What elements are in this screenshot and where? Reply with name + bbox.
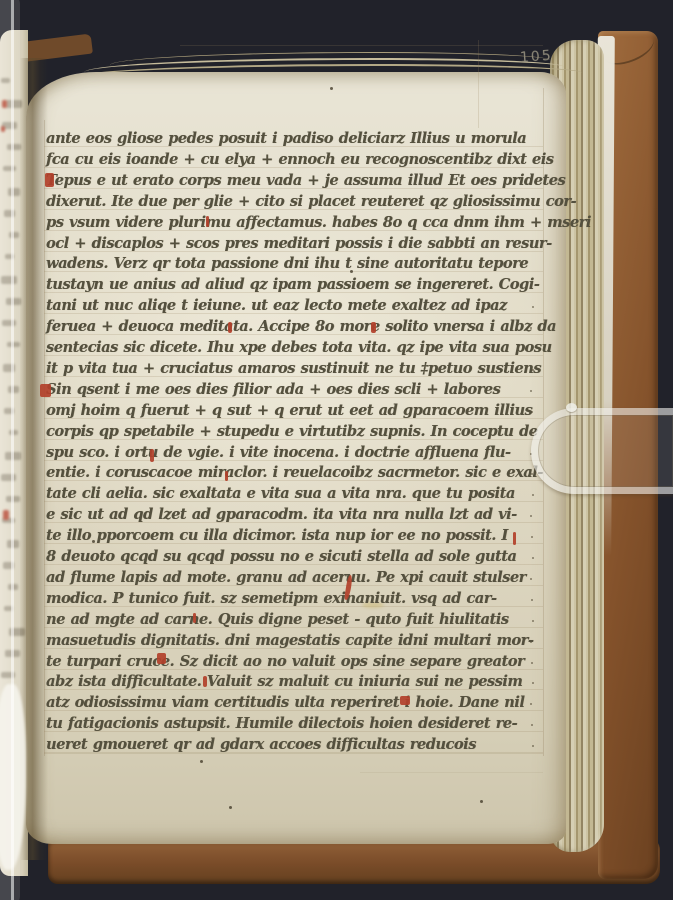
- transparent-page-clip: [531, 408, 673, 494]
- page-edge-line: [110, 52, 550, 74]
- ochre-stain: [362, 602, 384, 608]
- manuscript-photo: ante eos gliose pedes posuit i padiso de…: [0, 0, 673, 900]
- folio-number: 105: [519, 48, 553, 66]
- rule-line: [180, 45, 543, 46]
- glass-cradle-rod: [0, 0, 20, 900]
- parchment-page: [26, 72, 566, 844]
- page-clip-joint: [566, 403, 577, 412]
